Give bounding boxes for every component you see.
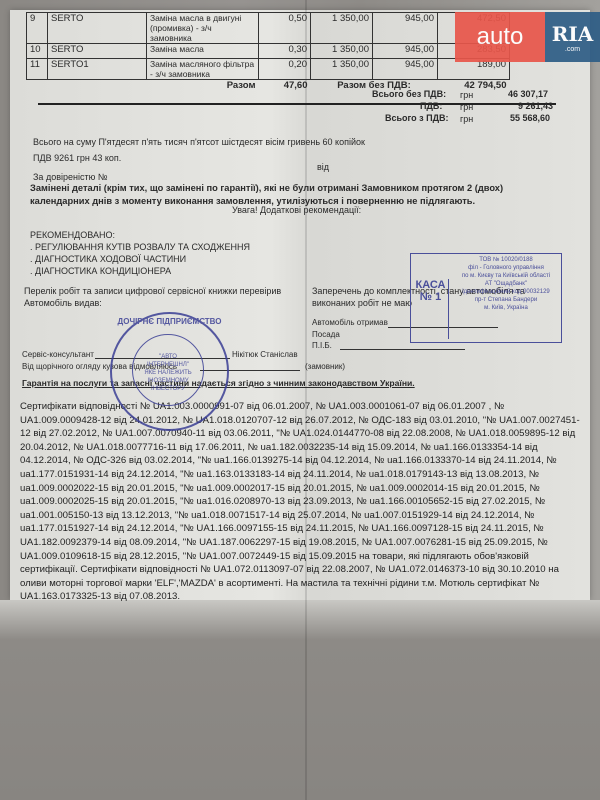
items-table: 9 SERTO Заміна масла в двигуні (промивка…: [26, 12, 510, 94]
total-with-vat-label: Всього з ПДВ:: [385, 113, 449, 123]
cash-stamp-kasa-label: КАСА: [413, 279, 448, 291]
company-round-stamp: ДОЧІРНЄ ПІДПРИЄМСТВО "АВТО ІНТЕРНЕШНЛ" Я…: [110, 312, 229, 431]
cash-stamp-number: № 1: [413, 291, 448, 303]
row-price: 1 350,00: [311, 13, 373, 44]
background-surface: [0, 600, 600, 800]
total-with-vat-value: 55 568,60: [510, 113, 550, 123]
total-no-vat-value: 46 307,17: [508, 89, 548, 99]
stamp-line: пр-т Степана Бандери: [456, 296, 556, 304]
total-no-vat-currency: грн: [460, 90, 473, 100]
stamp-center: "АВТО ІНТЕРНЕШНЛ" ЯКЕ НАЛЕЖИТЬ ІНОЗЕМНОМ…: [132, 334, 204, 406]
stamp-line: філ - Головного управління: [456, 264, 556, 272]
vat-currency: грн: [460, 102, 473, 112]
stamp-center-line: ІНТЕРНЕШНЛ": [133, 361, 203, 369]
stamp-line: ТОВ № 10020/0188: [456, 256, 556, 264]
subtotal-no-vat-value: 42 794,50: [438, 80, 510, 95]
table-row: 10 SERTO Заміна масла 0,30 1 350,00 945,…: [27, 44, 510, 59]
vat-in-words: ПДВ 9261 грн 43 коп.: [33, 153, 121, 163]
position-label: Посада: [312, 330, 340, 339]
row-qty: 0,20: [259, 59, 311, 80]
divider: [38, 103, 556, 105]
consultant-label: Сервіс-консультант: [22, 350, 94, 359]
watermark-ria: RIA .com: [545, 12, 600, 62]
attention-heading: Увага! Додаткові рекомендації:: [232, 205, 361, 215]
checked-by-label: Перелік робіт та записи цифрової сервісн…: [24, 286, 281, 296]
row-number: 9: [27, 13, 48, 44]
stamp-line: м. Київ, Україна: [456, 304, 556, 312]
row-code: SERTO: [48, 44, 147, 59]
row-number: 11: [27, 59, 48, 80]
stamp-center-line: ЯКЕ НАЛЕЖИТЬ: [133, 369, 203, 377]
watermark-domain: .com: [565, 46, 580, 53]
watermark-ria-text: RIA: [552, 22, 594, 46]
total-with-vat-currency: грн: [460, 114, 473, 124]
row-number: 10: [27, 44, 48, 59]
stamp-center-line: ІНВЕСТОРУ: [133, 385, 203, 393]
recommendation-item: . ДІАГНОСТИКА ХОДОВОЇ ЧАСТИНИ: [30, 254, 186, 264]
full-name-line: [340, 349, 465, 350]
row-price: 1 350,00: [311, 44, 373, 59]
row-description: Заміна масла: [147, 44, 259, 59]
row-sum: 945,00: [373, 13, 438, 44]
proxy-from: від: [317, 162, 329, 172]
row-description: Заміна масла в двигуні (промивка) - з/ч …: [147, 13, 259, 44]
stamp-line: по м. Києву та Київській області: [456, 272, 556, 280]
stamp-line: АТ "Ощадбанк": [456, 280, 556, 288]
proxy-label: За довіреністю №: [33, 172, 108, 182]
full-name-label: П.І.Б.: [312, 341, 332, 350]
received-by-label: Автомобіль отримав: [312, 318, 388, 327]
recommendation-item: . РЕГУЛЮВАННЯ КУТІВ РОЗВАЛУ ТА СХОДЖЕННЯ: [30, 242, 250, 252]
cash-register-stamp: КАСА № 1 ТОВ № 10020/0188 філ - Головног…: [410, 253, 562, 343]
consultant-name: Нікітюк Станіслав: [232, 350, 298, 359]
sum-in-words: Всього на суму П'ятдесят п'ять тисяч п'я…: [33, 137, 365, 147]
vat-value: 9 261,43: [518, 101, 553, 111]
row-price: 1 350,00: [311, 59, 373, 80]
certificates-text: Сертифікати відповідності № UA1.003.0000…: [20, 400, 580, 604]
subtotal-label: Разом: [27, 80, 259, 95]
total-no-vat-label: Всього без ПДВ:: [372, 89, 446, 99]
row-sum: 945,00: [373, 44, 438, 59]
row-qty: 0,50: [259, 13, 311, 44]
row-code: SERTO: [48, 13, 147, 44]
subtotal-hours: 47,60: [259, 80, 311, 95]
stamp-ring-text: ДОЧІРНЄ ПІДПРИЄМСТВО: [112, 317, 227, 326]
row-description: Заміна масляного фільтра - з/ч замовника: [147, 59, 259, 80]
recommendation-item: . ДІАГНОСТИКА КОНДИЦІОНЕРА: [30, 266, 171, 276]
cash-stamp-kasa: КАСА № 1: [413, 279, 449, 339]
table-row: 11 SERTO1 Заміна масляного фільтра - з/ч…: [27, 59, 510, 80]
stamp-line: ідентифікаційний код 00032129: [456, 288, 556, 296]
recommended-title: РЕКОМЕНДОВАНО:: [30, 230, 115, 240]
cash-stamp-info: ТОВ № 10020/0188 філ - Головного управлі…: [456, 256, 556, 312]
no-objections-line2: виконаних робіт не маю: [312, 298, 412, 308]
row-sum: 945,00: [373, 59, 438, 80]
table-row: 9 SERTO Заміна масла в двигуні (промивка…: [27, 13, 510, 44]
autoria-watermark: auto RIA .com: [455, 12, 600, 62]
vat-label: ПДВ:: [420, 101, 442, 111]
customer-tag: (замовник): [305, 362, 345, 371]
car-issued-label: Автомобіль видав:: [24, 298, 102, 308]
row-code: SERTO1: [48, 59, 147, 80]
watermark-auto: auto: [455, 12, 545, 62]
row-qty: 0,30: [259, 44, 311, 59]
stamp-center-line: "АВТО: [133, 353, 203, 361]
stamp-center-line: ІНОЗЕМНОМУ: [133, 377, 203, 385]
